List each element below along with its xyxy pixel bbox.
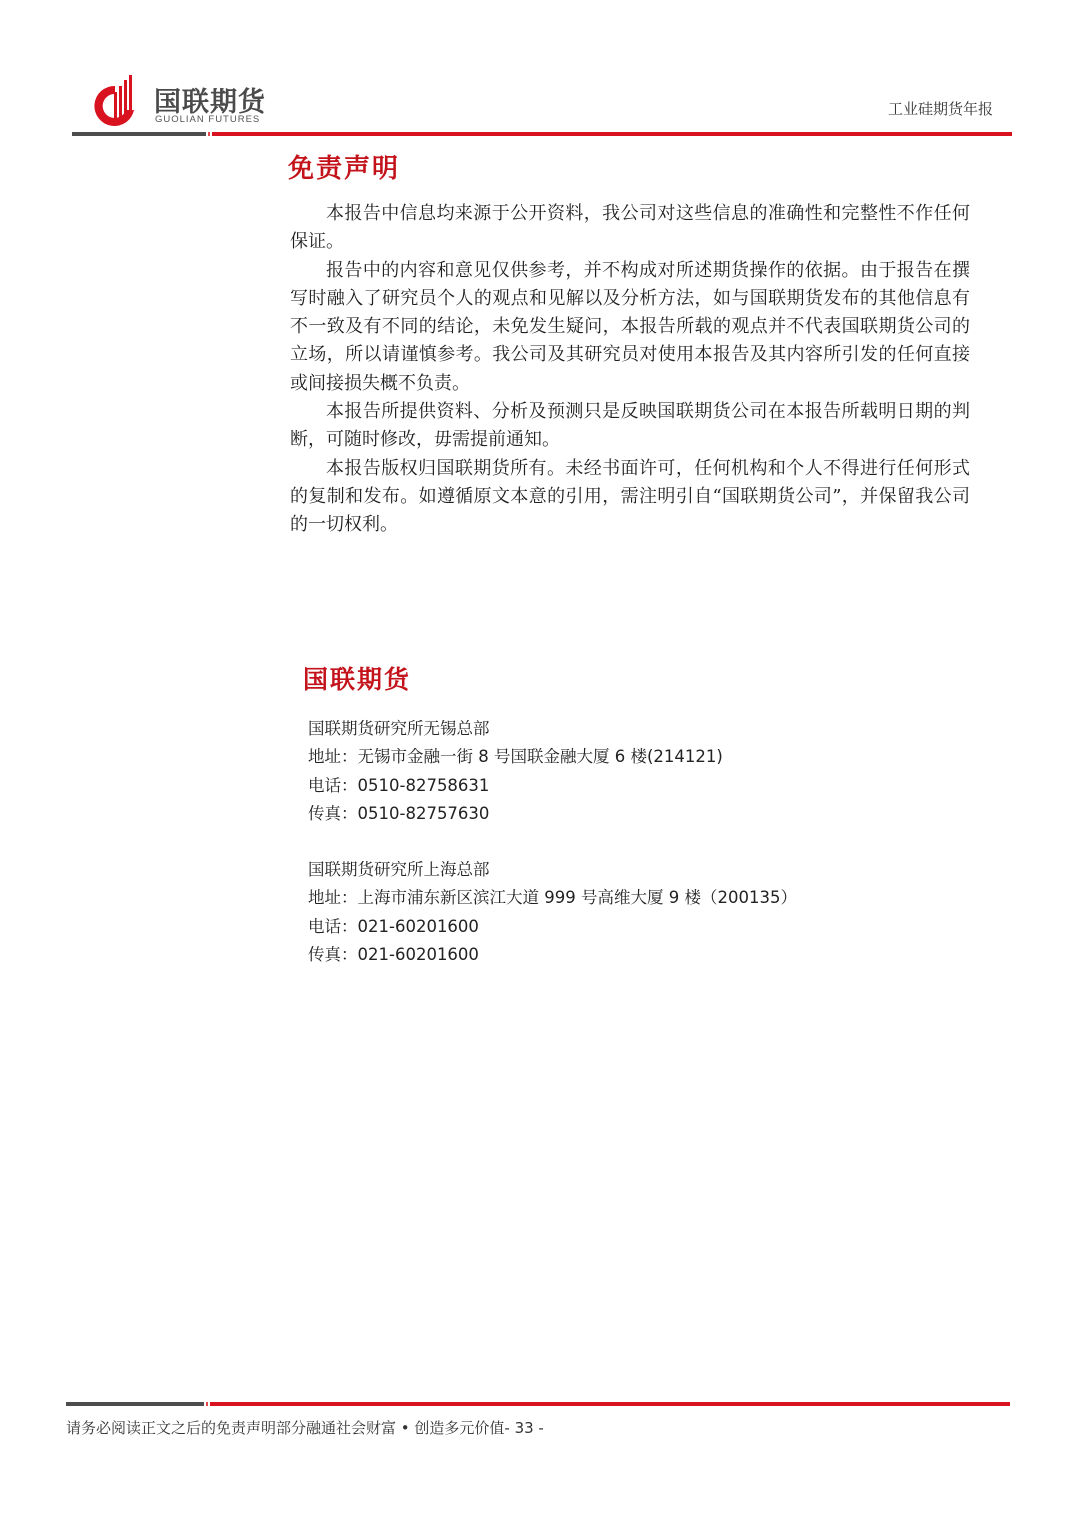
header-divider [72,132,1012,136]
footer-text: 请务必阅读正文之后的免责声明部分融通社会财富 • 创造多元价值- 33 - [66,1417,544,1438]
office-wuxi: 国联期货研究所无锡总部 地址：无锡市金融一街 8 号国联金融大厦 6 楼(214… [308,715,797,828]
contact-list: 国联期货研究所无锡总部 地址：无锡市金融一街 8 号国联金融大厦 6 楼(214… [308,715,797,997]
office-address: 地址：上海市浦东新区滨江大道 999 号高维大厦 9 楼（200135） [308,884,797,912]
office-name: 国联期货研究所无锡总部 [308,715,797,743]
office-name: 国联期货研究所上海总部 [308,856,797,884]
disclaimer-paragraph: 本报告版权归国联期货所有。未经书面许可，任何机构和个人不得进行任何形式的复制和发… [290,455,970,540]
logo-name-en: GUOLIAN FUTURES [155,114,260,125]
disclaimer-paragraph: 本报告中信息均来源于公开资料，我公司对这些信息的准确性和完整性不作任何保证。 [290,200,970,257]
report-title: 工业硅期货年报 [888,98,993,119]
company-title: 国联期货 [303,660,411,696]
disclaimer-paragraph: 本报告所提供资料、分析及预测只是反映国联期货公司在本报告所载明日期的判断，可随时… [290,398,970,455]
company-logo: 国联期货 GUOLIAN FUTURES [92,74,292,130]
footer-divider [66,1402,1010,1406]
office-phone: 电话：021-60201600 [308,913,797,941]
office-fax: 传真：021-60201600 [308,941,797,969]
office-phone: 电话：0510-82758631 [308,772,797,800]
disclaimer-paragraph: 报告中的内容和意见仅供参考，并不构成对所述期货操作的依据。由于报告在撰写时融入了… [290,257,970,398]
disclaimer-body: 本报告中信息均来源于公开资料，我公司对这些信息的准确性和完整性不作任何保证。 报… [290,200,970,540]
disclaimer-title: 免责声明 [288,148,400,185]
office-fax: 传真：0510-82757630 [308,800,797,828]
office-shanghai: 国联期货研究所上海总部 地址：上海市浦东新区滨江大道 999 号高维大厦 9 楼… [308,856,797,969]
office-address: 地址：无锡市金融一街 8 号国联金融大厦 6 楼(214121) [308,743,797,771]
guolian-logo-icon [92,74,138,130]
